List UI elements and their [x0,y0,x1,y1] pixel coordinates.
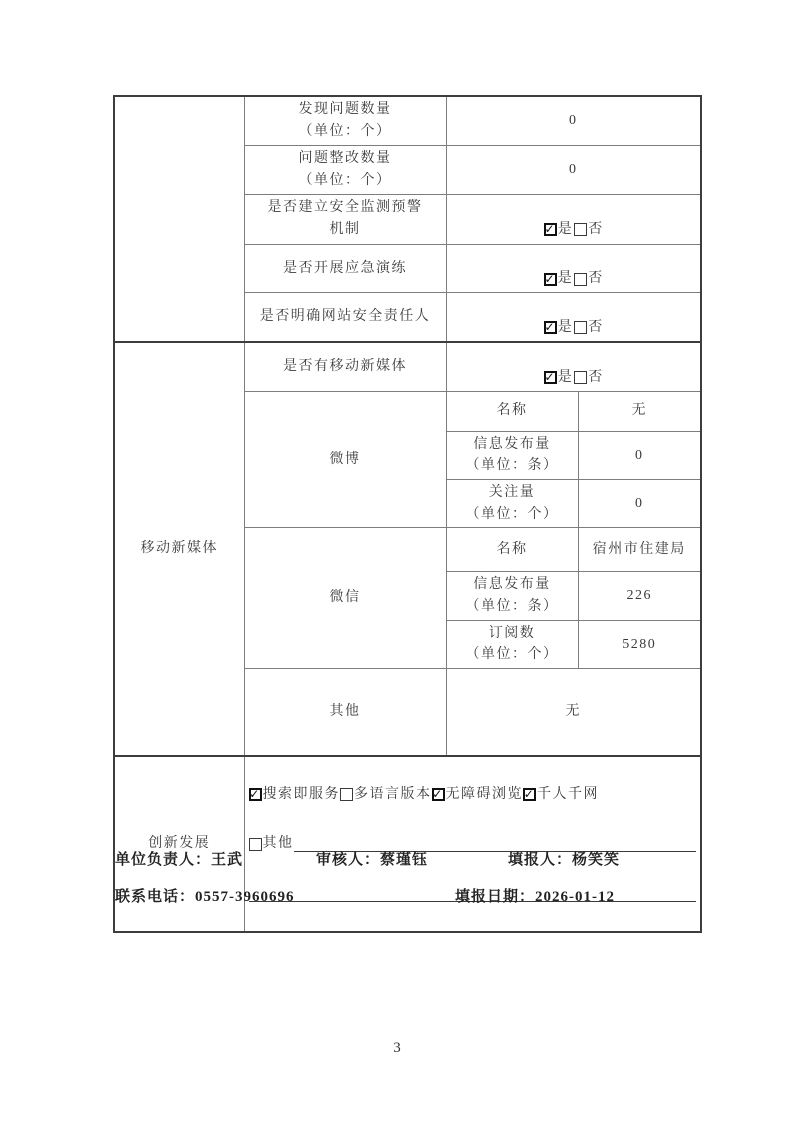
row-value: 是否 [446,293,701,342]
no-checkbox-icon [574,371,587,384]
report-table: 发现问题数量 （单位：个） 0 问题整改数量 （单位：个） 0 是否建立安全监测… [113,95,702,933]
page-number: 3 [0,1040,794,1057]
option-label: 千人千网 [537,784,599,806]
innovation-option: 其他 [249,833,294,855]
option-label: 无障碍浏览 [446,784,524,806]
option-checkbox-icon [523,788,536,801]
yes-label: 是 [558,268,574,290]
innovation-option: 无障碍浏览 [432,784,524,806]
row-label: 是否有移动新媒体 [244,342,446,391]
other-media-value: 无 [446,669,701,756]
row-label: 是否开展应急演练 [244,244,446,293]
wechat-group-label: 微信 [244,528,446,669]
weibo-group-label: 微博 [244,391,446,528]
metric-value: 5280 [578,620,701,668]
innovation-option: 多语言版本 [340,784,432,806]
innovation-option: 千人千网 [523,784,599,806]
row-value: 0 [446,96,701,145]
metric-value: 0 [578,480,701,528]
metric-value: 无 [578,391,701,431]
unit-head-label: 单位负责人：王武 [115,848,243,869]
row-value: 是否 [446,244,701,293]
metric-label: 关注量 （单位：个） [446,480,578,528]
yes-checkbox-icon [544,223,557,236]
no-label: 否 [588,367,604,389]
filler-label: 填报人：杨笑笑 [508,848,620,869]
row-label: 问题整改数量 （单位：个） [244,145,446,194]
metric-label: 信息发布量 （单位：条） [446,572,578,620]
metric-label: 名称 [446,528,578,572]
metric-value: 宿州市住建局 [578,528,701,572]
option-label: 多语言版本 [354,784,432,806]
no-checkbox-icon [574,273,587,286]
yes-label: 是 [558,367,574,389]
no-label: 否 [588,268,604,290]
row-value: 0 [446,145,701,194]
no-label: 否 [588,317,604,339]
other-media-label: 其他 [244,669,446,756]
row-label: 发现问题数量 （单位：个） [244,96,446,145]
yes-checkbox-icon [544,273,557,286]
yes-label: 是 [558,317,574,339]
innovation-options-line: 搜索即服务 多语言版本 无障碍浏览 千人千网 [249,780,697,808]
metric-label: 信息发布量 （单位：条） [446,431,578,479]
option-checkbox-icon [249,838,262,851]
option-label: 搜索即服务 [263,784,341,806]
innovation-option: 搜索即服务 [249,784,341,806]
table-row: 移动新媒体 是否有移动新媒体 是否 [114,342,701,391]
no-checkbox-icon [574,223,587,236]
row-label: 是否建立安全监测预警 机制 [244,194,446,244]
yes-label: 是 [558,219,574,241]
row-value: 是否 [446,194,701,244]
option-checkbox-icon [249,788,262,801]
report-date-label: 填报日期：2026-01-12 [455,885,615,906]
security-section-cell-continued [114,96,244,342]
row-label: 是否明确网站安全责任人 [244,293,446,342]
option-checkbox-icon [340,788,353,801]
reviewer-label: 审核人：蔡瑾钰 [316,848,428,869]
metric-value: 0 [578,431,701,479]
document-page: 发现问题数量 （单位：个） 0 问题整改数量 （单位：个） 0 是否建立安全监测… [0,0,794,1122]
metric-value: 226 [578,572,701,620]
metric-label: 订阅数 （单位：个） [446,620,578,668]
no-checkbox-icon [574,321,587,334]
metric-label: 名称 [446,391,578,431]
mobile-media-section-label: 移动新媒体 [114,342,244,756]
option-label: 其他 [263,833,294,855]
yes-checkbox-icon [544,371,557,384]
table-row: 发现问题数量 （单位：个） 0 [114,96,701,145]
contact-phone-label: 联系电话：0557-3960696 [115,885,295,906]
yes-checkbox-icon [544,321,557,334]
no-label: 否 [588,219,604,241]
row-value: 是否 [446,342,701,391]
option-checkbox-icon [432,788,445,801]
